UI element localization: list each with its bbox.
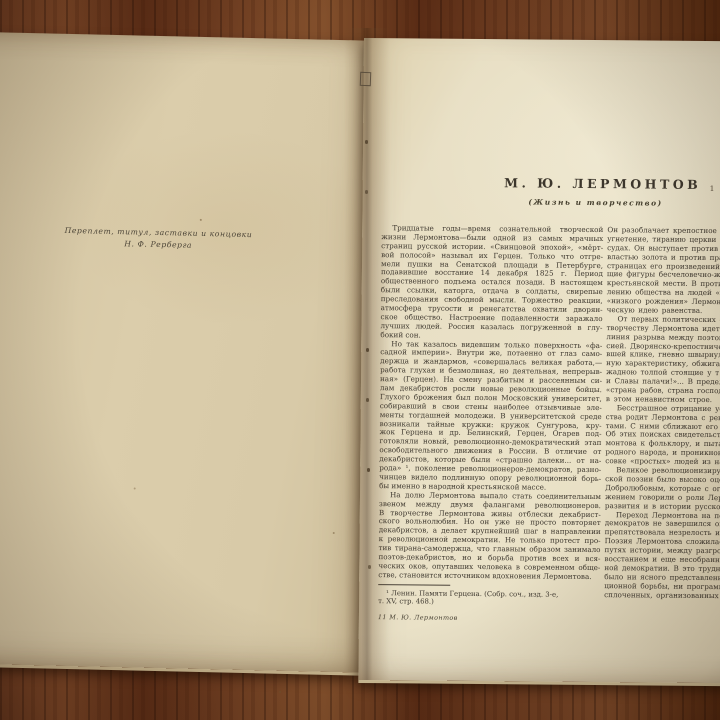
vignette-overlay bbox=[0, 0, 720, 720]
